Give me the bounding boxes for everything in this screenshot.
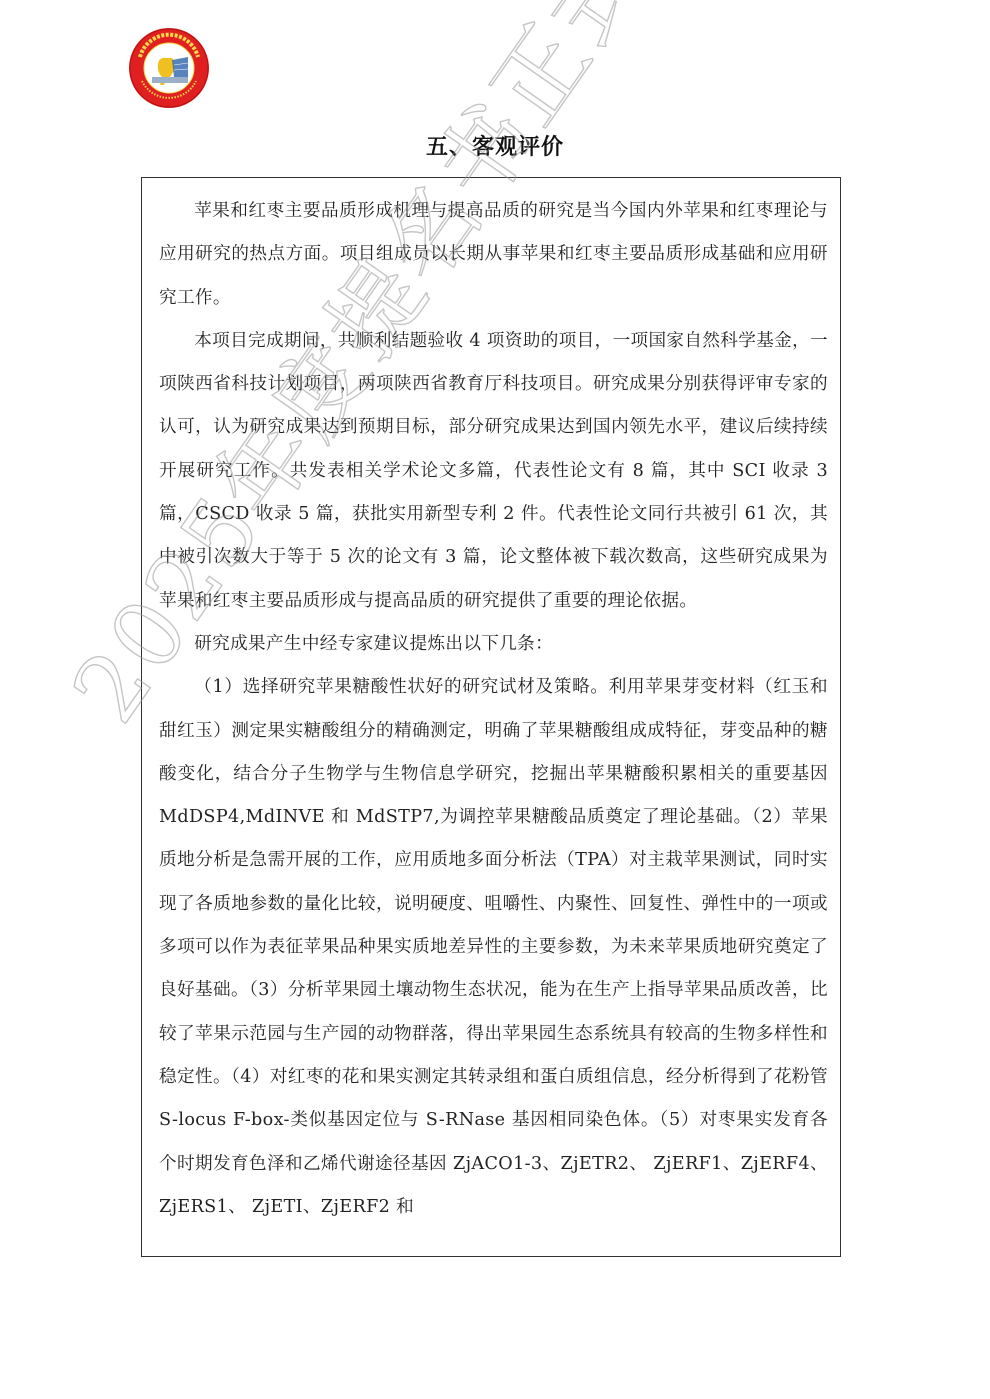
paragraph-achievements: 本项目完成期间，共顺利结题验收 4 项资助的项目，一项国家自然科学基金，一项陕西…: [159, 320, 828, 623]
page-title: 五、客观评价: [0, 130, 990, 161]
paragraph-summary-lead: 研究成果产生中经专家建议提炼出以下几条：: [159, 623, 828, 666]
evaluation-content-box: 苹果和红枣主要品质形成机理与提高品质的研究是当今国内外苹果和红枣理论与应用研究的…: [141, 177, 841, 1257]
seal-emblem-icon: [128, 27, 210, 109]
paragraph-findings: （1）选择研究苹果糖酸性状好的研究试材及策略。利用苹果芽变材料（红玉和甜红玉）测…: [159, 666, 828, 1229]
paragraph-intro: 苹果和红枣主要品质形成机理与提高品质的研究是当今国内外苹果和红枣理论与应用研究的…: [159, 190, 828, 320]
